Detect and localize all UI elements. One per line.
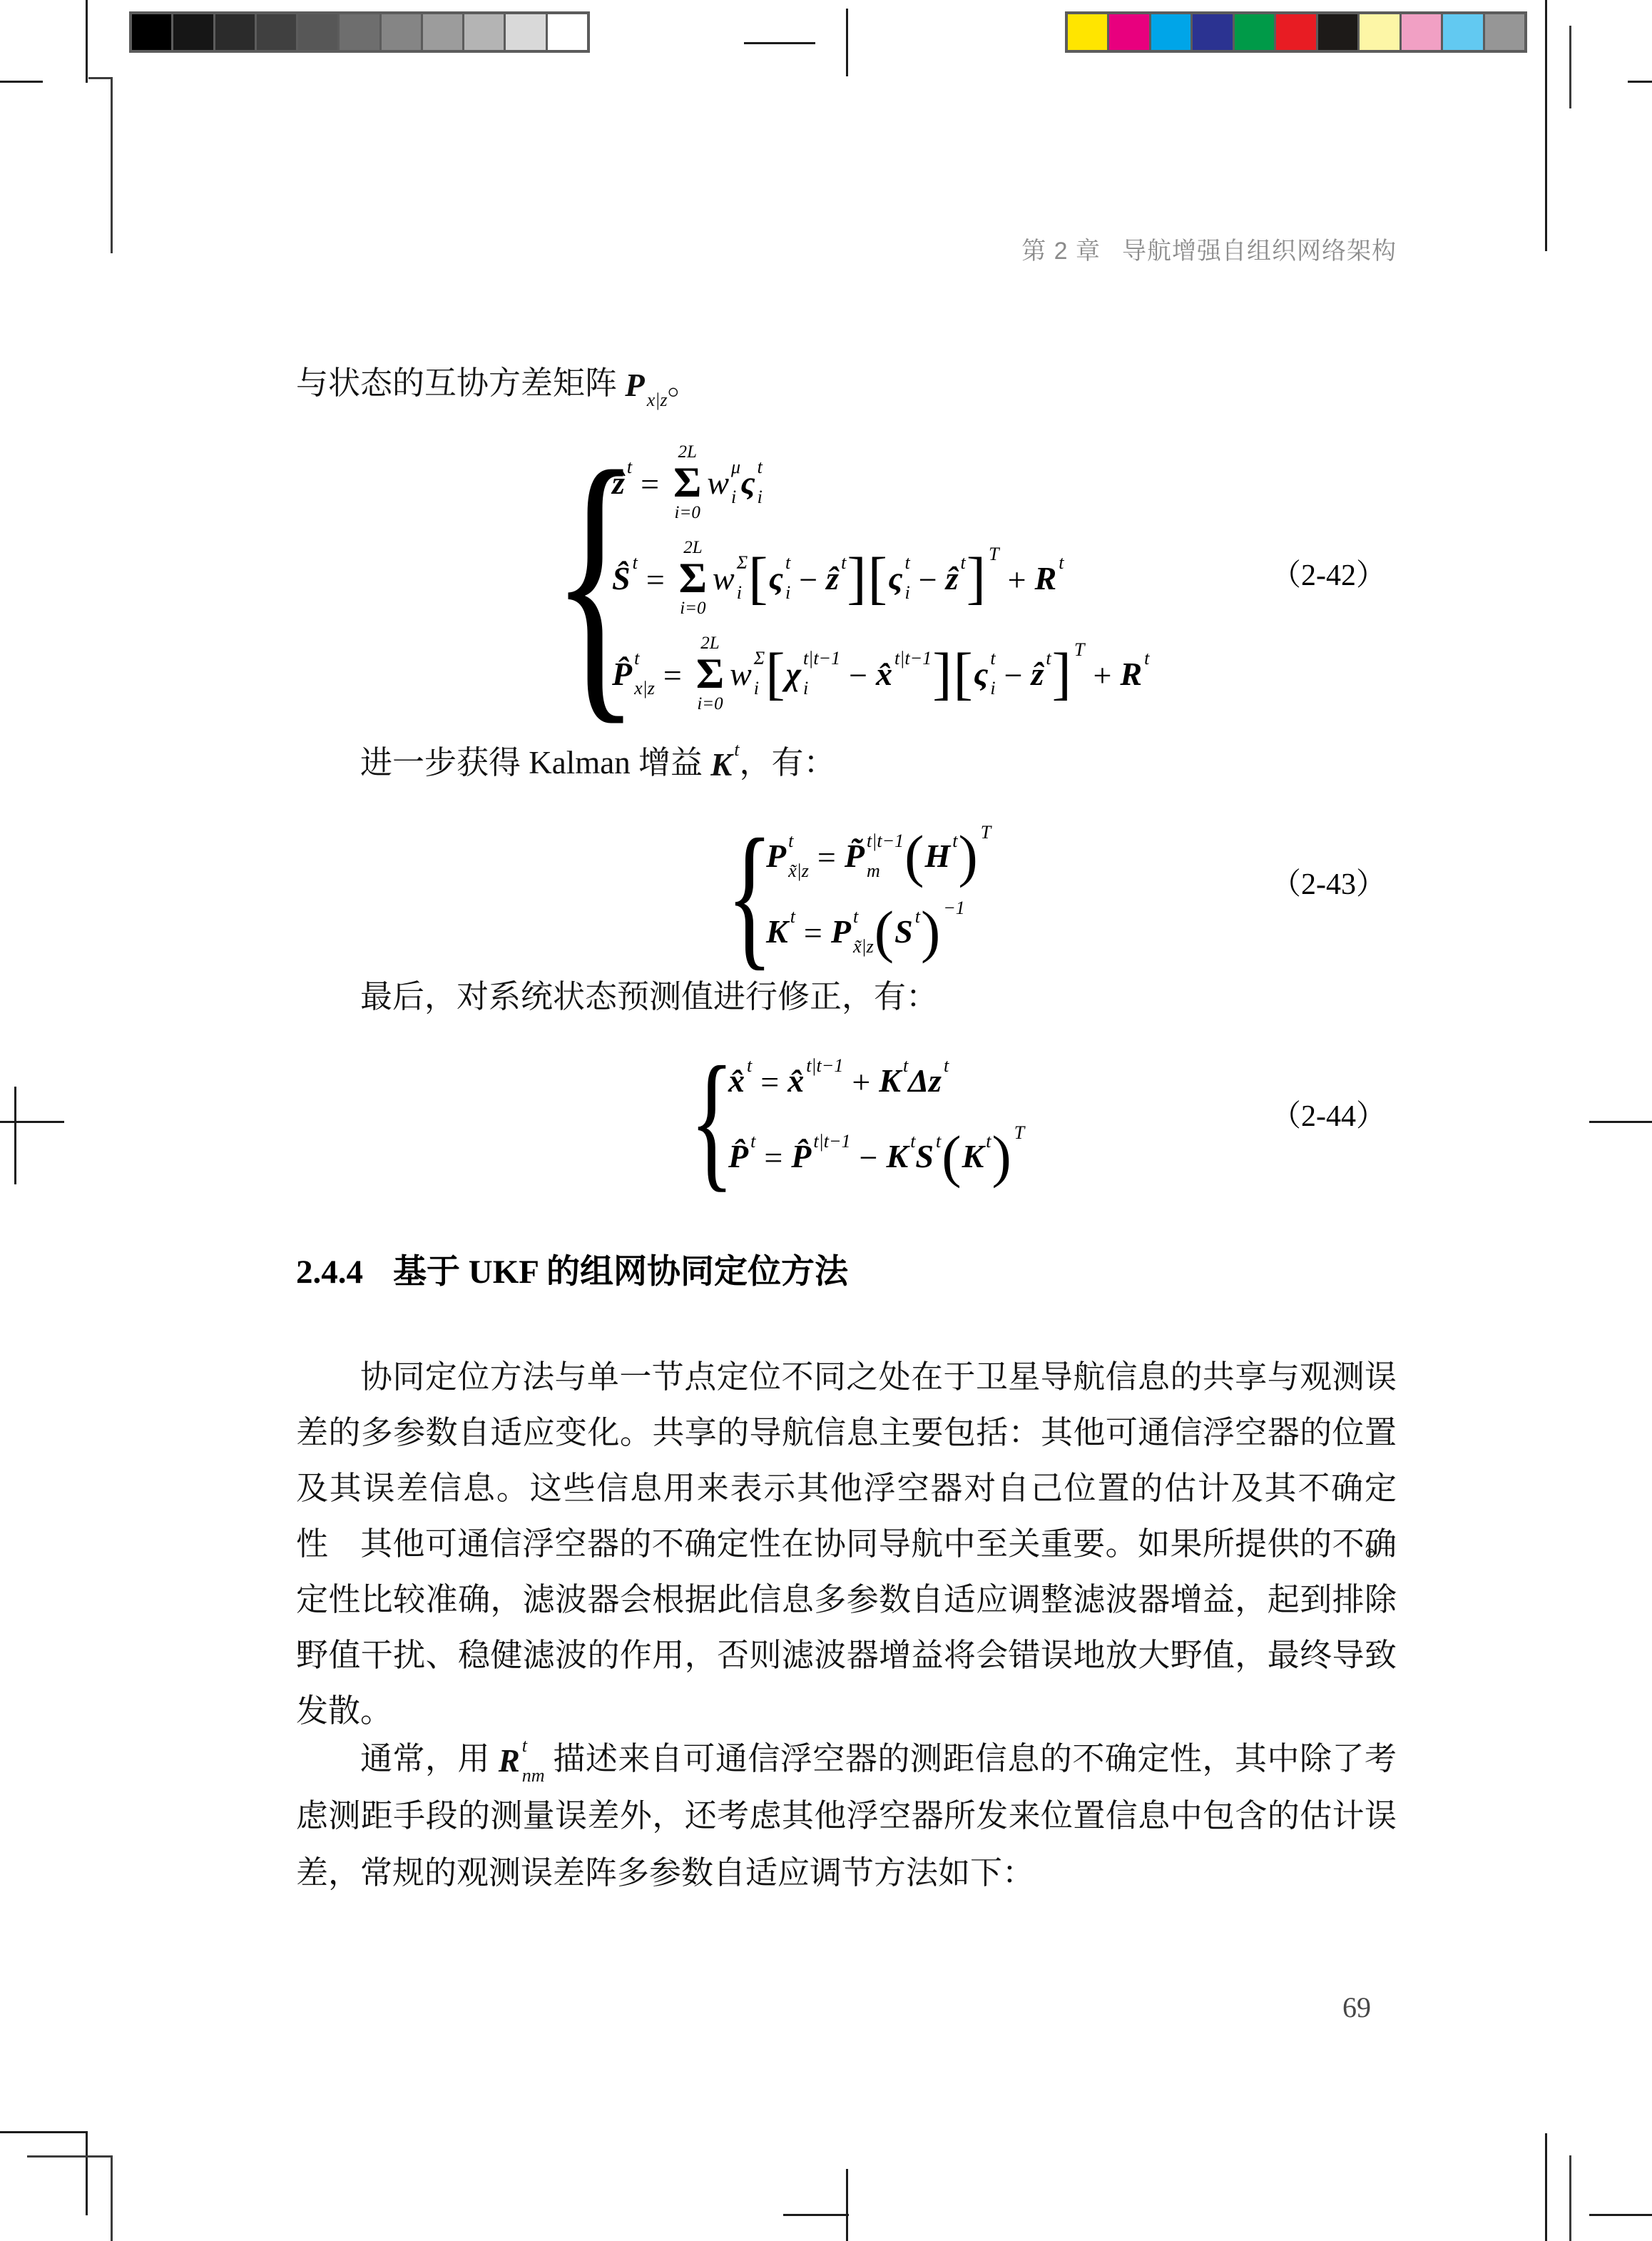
body-line: 野值干扰、稳健滤波的作用，否则滤波器增益将会错误地放大野值，最终导致 (296, 1627, 1397, 1683)
math-token: ẑt (826, 554, 846, 602)
math-token: 2LΣi=0 (673, 538, 713, 618)
grayscale-calibration-bar (129, 11, 590, 53)
running-header: 第 2 章导航增强自组织网络架构 (820, 231, 1397, 266)
math-token: [ (765, 644, 785, 703)
crop-mark (1545, 0, 1547, 251)
calibration-swatch (340, 14, 379, 50)
calibration-swatch (1276, 14, 1315, 50)
math-token: 2LΣi=0 (690, 634, 730, 713)
equation-line: ẑt =2LΣi=0wμiςti (612, 437, 1149, 531)
correction-sentence: 最后，对系统状态预测值进行修正，有： (296, 969, 1397, 1025)
math-token: )−1 (920, 899, 965, 965)
crop-mark (846, 9, 848, 76)
body-line: 其他可通信浮空器的不确定性在协同导航中至关重要。如果所提供的不确 (296, 1516, 1397, 1572)
lead-sentence: 与状态的互协方差矩阵 P x|z。 (296, 355, 1397, 415)
calibration-swatch (423, 14, 462, 50)
section-number: 2.4.4 (296, 1254, 363, 1291)
crop-mark (0, 1121, 64, 1123)
math-token: Kt (962, 1132, 991, 1181)
math-token: P̂t (728, 1132, 755, 1181)
equation-line: Kt =Ptx̃|z(St )−1 (766, 899, 991, 967)
crop-mark (846, 2169, 848, 2241)
book-page: { "header": { "chapter": "第 2 章", "title… (0, 0, 1652, 2241)
math-token: )T (957, 823, 991, 889)
math-token: [ (748, 549, 768, 607)
equation-line: Ŝt =2LΣi=0wΣi[ςti−ẑt ][ςti−ẑt ]T+Rt (612, 532, 1149, 626)
left-brace: { (586, 464, 606, 695)
equation-number-2-43: （2-43） (1271, 865, 1386, 905)
math-token: Ptx̃|z (831, 908, 874, 956)
calibration-swatch (1151, 14, 1190, 50)
body-line: 协同定位方法与单一节点定位不同之处在于卫星导航信息的共享与观测误 (296, 1349, 1397, 1405)
calibration-swatch (132, 14, 171, 50)
equation-lines: x̂t =x̂t|t−1 +Kt Δzt P̂t =P̂t|t−1 −Kt St… (728, 1048, 1024, 1192)
body-line: 定性比较准确，滤波器会根据此信息多参数自适应调整滤波器增益，起到排除 (296, 1572, 1397, 1627)
crop-mark (1589, 2214, 1652, 2216)
crop-mark (14, 1087, 16, 1184)
math-token: Δzt (908, 1057, 949, 1105)
math-token: ẑt (612, 458, 632, 507)
math-token: x̂t|t−1 (787, 1057, 843, 1105)
equation-lines: Ptx̃|z=P̃t|t−1m(Ht )TKt =Ptx̃|z(St )−1 (766, 823, 991, 967)
crop-mark (0, 2131, 88, 2133)
body-line: 差的多参数自适应变化。共享的导航信息主要包括：其他可通信浮空器的位置 (296, 1405, 1397, 1460)
math-token: ( (941, 1127, 962, 1186)
left-brace: { (740, 835, 760, 955)
crop-mark (1569, 26, 1571, 108)
equation-number-2-44: （2-44） (1271, 1097, 1386, 1137)
crop-mark (0, 81, 43, 83)
math-token: wΣi (713, 554, 748, 602)
crop-mark (744, 42, 815, 44)
math-token: wΣi (730, 649, 765, 698)
math-token: P̃t|t−1m (845, 832, 904, 880)
math-token: Ptx̃|z (766, 832, 809, 880)
kalman-gain-sentence: 进一步获得 Kalman 增益 Kt ，有： (296, 735, 1397, 794)
math-token: St (894, 908, 920, 956)
equation-line: P̂tx|z=2LΣi=0wΣi[χt|t−1i−x̂t|t−1 ][ςti−ẑ… (612, 628, 1149, 722)
math-token: ( (874, 903, 894, 961)
crop-mark (86, 0, 88, 83)
math-token: 2LΣi=0 (668, 442, 707, 522)
math-token: x̂t (728, 1057, 752, 1105)
math-token: [ (953, 644, 974, 703)
math-token: Ŝt (612, 554, 638, 602)
equation-number-2-42: （2-42） (1271, 556, 1386, 596)
crop-mark (783, 2214, 849, 2216)
math-token: Rt (1120, 649, 1149, 698)
crop-mark (111, 2155, 113, 2241)
calibration-swatch (1109, 14, 1148, 50)
math-token: x̂t|t−1 (876, 649, 932, 698)
math-token: ςti (740, 458, 763, 507)
math-token: Ht (924, 832, 957, 880)
equation-2-44: { x̂t =x̂t|t−1 +Kt Δzt P̂t =P̂t|t−1 −Kt … (695, 1050, 1024, 1189)
page-number: 69 (1321, 1991, 1392, 2024)
calibration-swatch (173, 14, 213, 50)
math-token: )T (991, 1124, 1024, 1189)
calibration-swatch (464, 14, 504, 50)
math-token: ( (904, 827, 924, 885)
math-token: ςti (888, 554, 910, 602)
calibration-swatch (298, 14, 337, 50)
equation-2-42: { ẑt =2LΣi=0wμiςtiŜt =2LΣi=0wΣi[ςti−ẑt ]… (579, 437, 1149, 722)
equation-2-43: { Ptx̃|z=P̃t|t−1m(Ht )TKt =Ptx̃|z(St )−1 (733, 822, 991, 968)
math-token: [ (867, 549, 888, 607)
calibration-swatch (1235, 14, 1274, 50)
calibration-swatch (215, 14, 255, 50)
math-token: P x|z (625, 357, 667, 413)
math-token: wμi (707, 458, 740, 507)
crop-mark (86, 2131, 88, 2215)
equation-line: x̂t =x̂t|t−1 +Kt Δzt (728, 1048, 1024, 1117)
math-token: ]T (966, 545, 999, 611)
calibration-swatch (1443, 14, 1482, 50)
equation-lines: ẑt =2LΣi=0wμiςtiŜt =2LΣi=0wΣi[ςti−ẑt ][ς… (612, 437, 1149, 722)
calibration-swatch (1485, 14, 1524, 50)
equation-line: P̂t =P̂t|t−1 −Kt St (Kt )T (728, 1124, 1024, 1192)
math-token: ]T (1051, 641, 1085, 706)
body-line: 通常，用 Rtnm 描述来自可通信浮空器的测距信息的不确定性，其中除了考 (296, 1727, 1397, 1794)
math-token: ςti (974, 649, 996, 698)
calibration-swatch (1402, 14, 1441, 50)
section-title: 基于 UKF 的组网协同定位方法 (393, 1254, 848, 1291)
math-token: Kt (766, 908, 795, 956)
crop-mark (1589, 1121, 1652, 1123)
calibration-swatch (548, 14, 587, 50)
math-token: P̂tx|z (612, 649, 655, 698)
crop-mark (1569, 2155, 1571, 2241)
math-token: ẑt (1031, 649, 1051, 698)
calibration-swatch (1193, 14, 1232, 50)
calibration-swatch (1318, 14, 1357, 50)
math-token: ẑt (946, 554, 966, 602)
section-heading: 2.4.4基于 UKF 的组网协同定位方法 (296, 1245, 848, 1293)
body-line: 虑测距手段的测量误差外，还考虑其他浮空器所发来位置信息中包含的估计误 (296, 1788, 1397, 1844)
math-token: Kt (710, 737, 739, 793)
math-token: ] (932, 644, 952, 703)
math-token: Rt (1035, 554, 1064, 602)
calibration-swatch (257, 14, 296, 50)
crop-mark (27, 2155, 113, 2158)
equation-line: Ptx̃|z=P̃t|t−1m(Ht )T (766, 823, 991, 892)
body-line: 差，常规的观测误差阵多参数自适应调节方法如下： (296, 1845, 1397, 1901)
calibration-swatch (1068, 14, 1107, 50)
crop-mark (1545, 2133, 1547, 2241)
crop-mark (1628, 81, 1652, 83)
calibration-swatch (1360, 14, 1399, 50)
chapter-title: 导航增强自组织网络架构 (1122, 238, 1397, 265)
math-token: Rtnm (499, 1729, 545, 1793)
math-token: ] (846, 549, 867, 607)
left-brace: { (702, 1062, 722, 1177)
math-token: Kt (887, 1132, 916, 1181)
math-token: P̂t|t−1 (791, 1132, 850, 1181)
color-calibration-bar (1065, 11, 1527, 53)
crop-mark (111, 77, 113, 253)
calibration-swatch (506, 14, 545, 50)
crop-mark (88, 77, 113, 79)
math-token: St (915, 1132, 941, 1181)
math-token: Kt (879, 1057, 908, 1105)
math-token: ςti (768, 554, 790, 602)
math-token: χt|t−1i (786, 649, 841, 698)
calibration-swatch (382, 14, 421, 50)
chapter-label: 第 2 章 (1021, 238, 1101, 265)
